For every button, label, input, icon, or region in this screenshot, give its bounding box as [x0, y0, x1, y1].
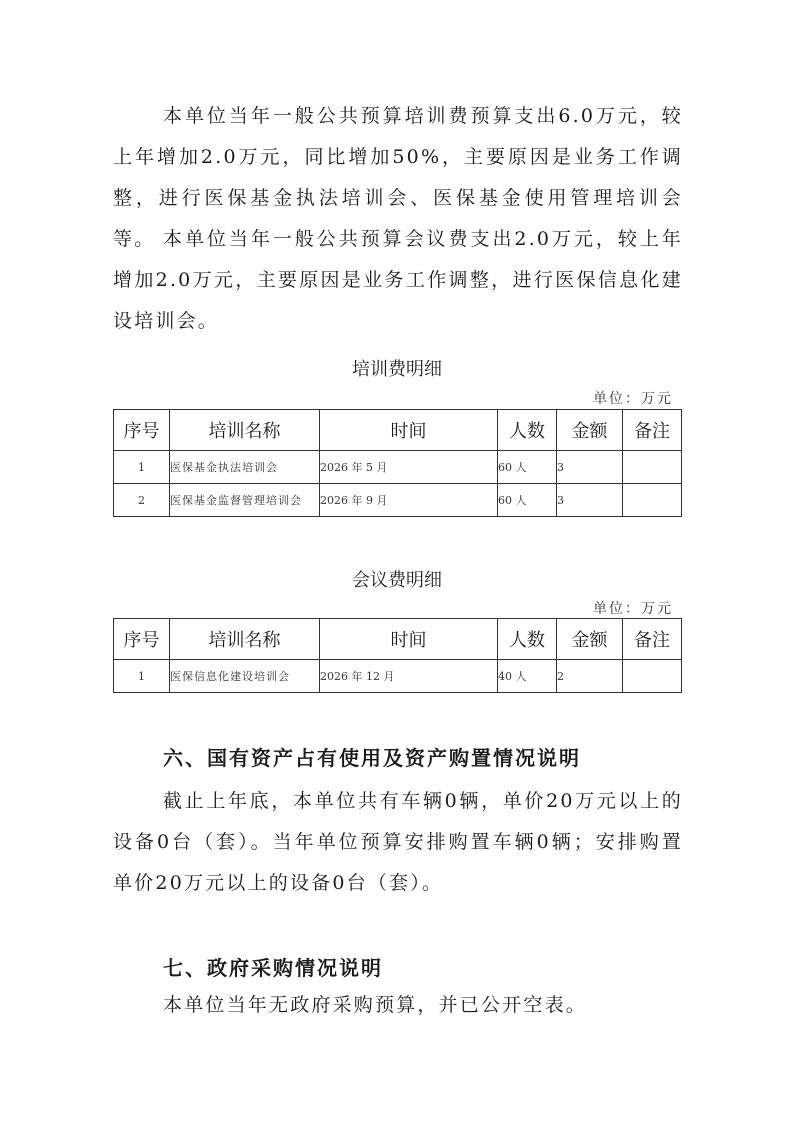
- cell-note: [623, 451, 682, 484]
- table-row: 1 医保信息化建设培训会 2026 年 12 月 40 人 2: [114, 660, 682, 693]
- table-row: 2 医保基金监督管理培训会 2026 年 9 月 60 人 3: [114, 484, 682, 517]
- table-row: 1 医保基金执法培训会 2026 年 5 月 60 人 3: [114, 451, 682, 484]
- header-people: 人数: [498, 410, 557, 451]
- meeting-fee-table: 序号 培训名称 时间 人数 金额 备注 1 医保信息化建设培训会 2026 年 …: [113, 618, 682, 693]
- header-people: 人数: [498, 619, 557, 660]
- training-fee-table: 序号 培训名称 时间 人数 金额 备注 1 医保基金执法培训会 2026 年 5…: [113, 409, 682, 517]
- header-no: 序号: [114, 410, 170, 451]
- training-table-unit: 单位：万元: [593, 388, 673, 408]
- cell-name: 医保基金执法培训会: [170, 451, 320, 484]
- cell-no: 1: [114, 451, 170, 484]
- cell-people: 60 人: [498, 451, 557, 484]
- table-header-row: 序号 培训名称 时间 人数 金额 备注: [114, 619, 682, 660]
- header-time: 时间: [320, 410, 498, 451]
- header-name: 培训名称: [170, 410, 320, 451]
- cell-name: 医保信息化建设培训会: [170, 660, 320, 693]
- cell-amount: 2: [557, 660, 623, 693]
- cell-no: 2: [114, 484, 170, 517]
- header-time: 时间: [320, 619, 498, 660]
- cell-no: 1: [114, 660, 170, 693]
- section6-heading: 六、国有资产占有使用及资产购置情况说明: [163, 742, 581, 771]
- cell-note: [623, 660, 682, 693]
- section6-body: 截止上年底，本单位共有车辆0辆，单价20万元以上的设备0台（套）。当年单位预算安…: [113, 781, 683, 904]
- cell-people: 40 人: [498, 660, 557, 693]
- training-table-caption: 培训费明细: [113, 355, 681, 381]
- meeting-fee-paragraph: 本单位当年一般公共预算会议费支出2.0万元，较上年增加2.0万元，主要原因是业务…: [113, 219, 683, 342]
- header-amount: 金额: [557, 619, 623, 660]
- section7-heading: 七、政府采购情况说明: [163, 952, 383, 981]
- cell-time: 2026 年 9 月: [320, 484, 498, 517]
- cell-amount: 3: [557, 451, 623, 484]
- section7-body: 本单位当年无政府采购预算，并已公开空表。: [113, 985, 683, 1026]
- meeting-table-caption: 会议费明细: [113, 566, 681, 592]
- header-note: 备注: [623, 619, 682, 660]
- meeting-table-unit: 单位：万元: [593, 598, 673, 618]
- header-amount: 金额: [557, 410, 623, 451]
- header-no: 序号: [114, 619, 170, 660]
- cell-amount: 3: [557, 484, 623, 517]
- cell-name: 医保基金监督管理培训会: [170, 484, 320, 517]
- table-header-row: 序号 培训名称 时间 人数 金额 备注: [114, 410, 682, 451]
- cell-time: 2026 年 12 月: [320, 660, 498, 693]
- cell-note: [623, 484, 682, 517]
- cell-time: 2026 年 5 月: [320, 451, 498, 484]
- cell-people: 60 人: [498, 484, 557, 517]
- header-note: 备注: [623, 410, 682, 451]
- header-name: 培训名称: [170, 619, 320, 660]
